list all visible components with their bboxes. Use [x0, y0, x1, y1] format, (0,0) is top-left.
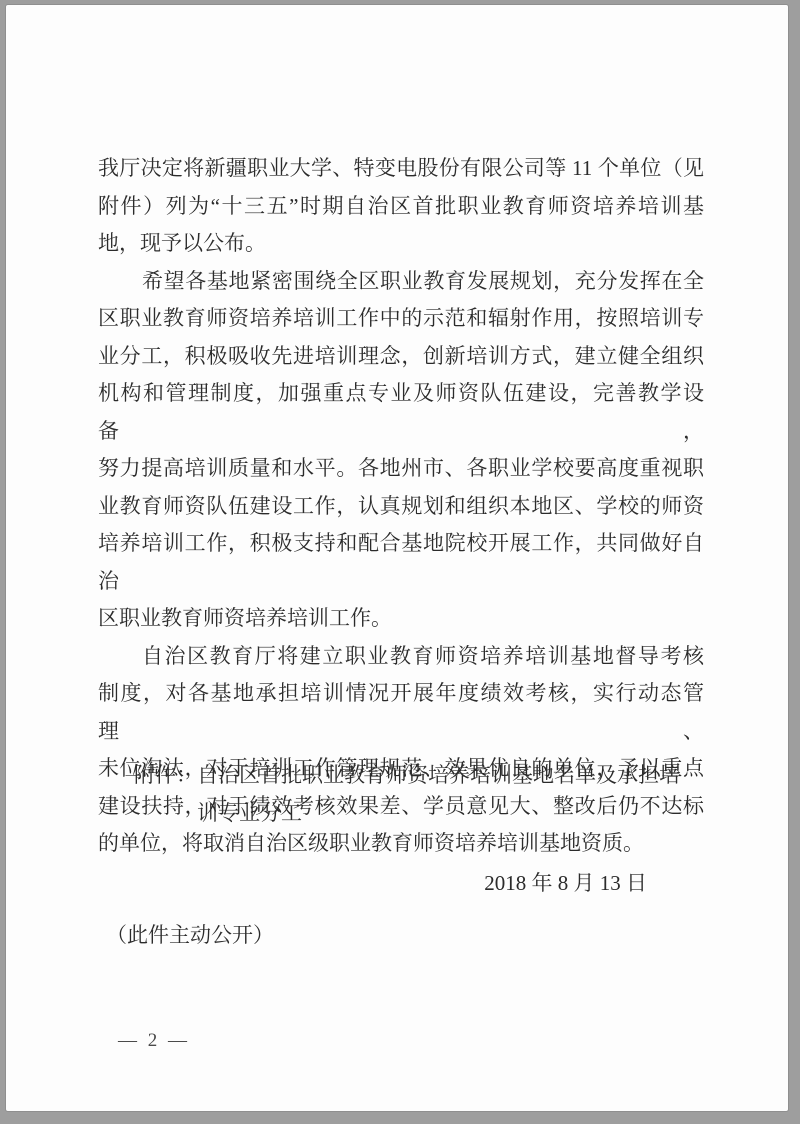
paragraph2-line: 培养培训工作，积极支持和配合基地院校开展工作，共同做好自治 [98, 525, 704, 600]
document-page: 我厅决定将新疆职业大学、特变电股份有限公司等 11 个单位（见 附件）列为“十三… [5, 4, 789, 1112]
document-date: 2018 年 8 月 13 日 [98, 865, 704, 903]
paragraph1-line: 附件）列为“十三五”时期自治区首批职业教育师资培养培训基 [98, 188, 704, 226]
paragraph2-line: 努力提高培训质量和水平。各地州市、各职业学校要高度重视职 [98, 450, 704, 488]
paragraph1-line: 地，现予以公布。 [98, 225, 704, 263]
paragraph2-line: 希望各基地紧密围绕全区职业教育发展规划，充分发挥在全 [98, 263, 704, 301]
paragraph3-line: 自治区教育厅将建立职业教育师资培养培训基地督导考核 [98, 638, 704, 676]
paragraph2-line: 业教育师资队伍建设工作，认真规划和组织本地区、学校的师资 [98, 488, 704, 526]
attachment-line: 附件：自治区首批职业教育师资培养培训基地名单及承担培 [134, 757, 714, 795]
disclosure-note: （此件主动公开） [106, 917, 274, 955]
paragraph2-line: 业分工，积极吸收先进培训理念，创新培训方式，建立健全组织 [98, 338, 704, 376]
scan-background: 我厅决定将新疆职业大学、特变电股份有限公司等 11 个单位（见 附件）列为“十三… [0, 0, 800, 1124]
page-number: — 2 — [118, 1027, 190, 1055]
attachment-note: 附件：自治区首批职业教育师资培养培训基地名单及承担培 训专业分工 [134, 757, 714, 832]
paragraph1-line: 我厅决定将新疆职业大学、特变电股份有限公司等 11 个单位（见 [98, 150, 704, 188]
attachment-line: 训专业分工 [134, 795, 714, 833]
paragraph3-line: 制度，对各基地承担培训情况开展年度绩效考核，实行动态管理、 [98, 675, 704, 750]
paragraph2-line: 区职业教育师资培养培训工作。 [98, 600, 704, 638]
document-body: 我厅决定将新疆职业大学、特变电股份有限公司等 11 个单位（见 附件）列为“十三… [98, 150, 704, 863]
paragraph2-line: 机构和管理制度，加强重点专业及师资队伍建设，完善教学设备， [98, 375, 704, 450]
paragraph2-line: 区职业教育师资培养培训工作中的示范和辐射作用，按照培训专 [98, 300, 704, 338]
